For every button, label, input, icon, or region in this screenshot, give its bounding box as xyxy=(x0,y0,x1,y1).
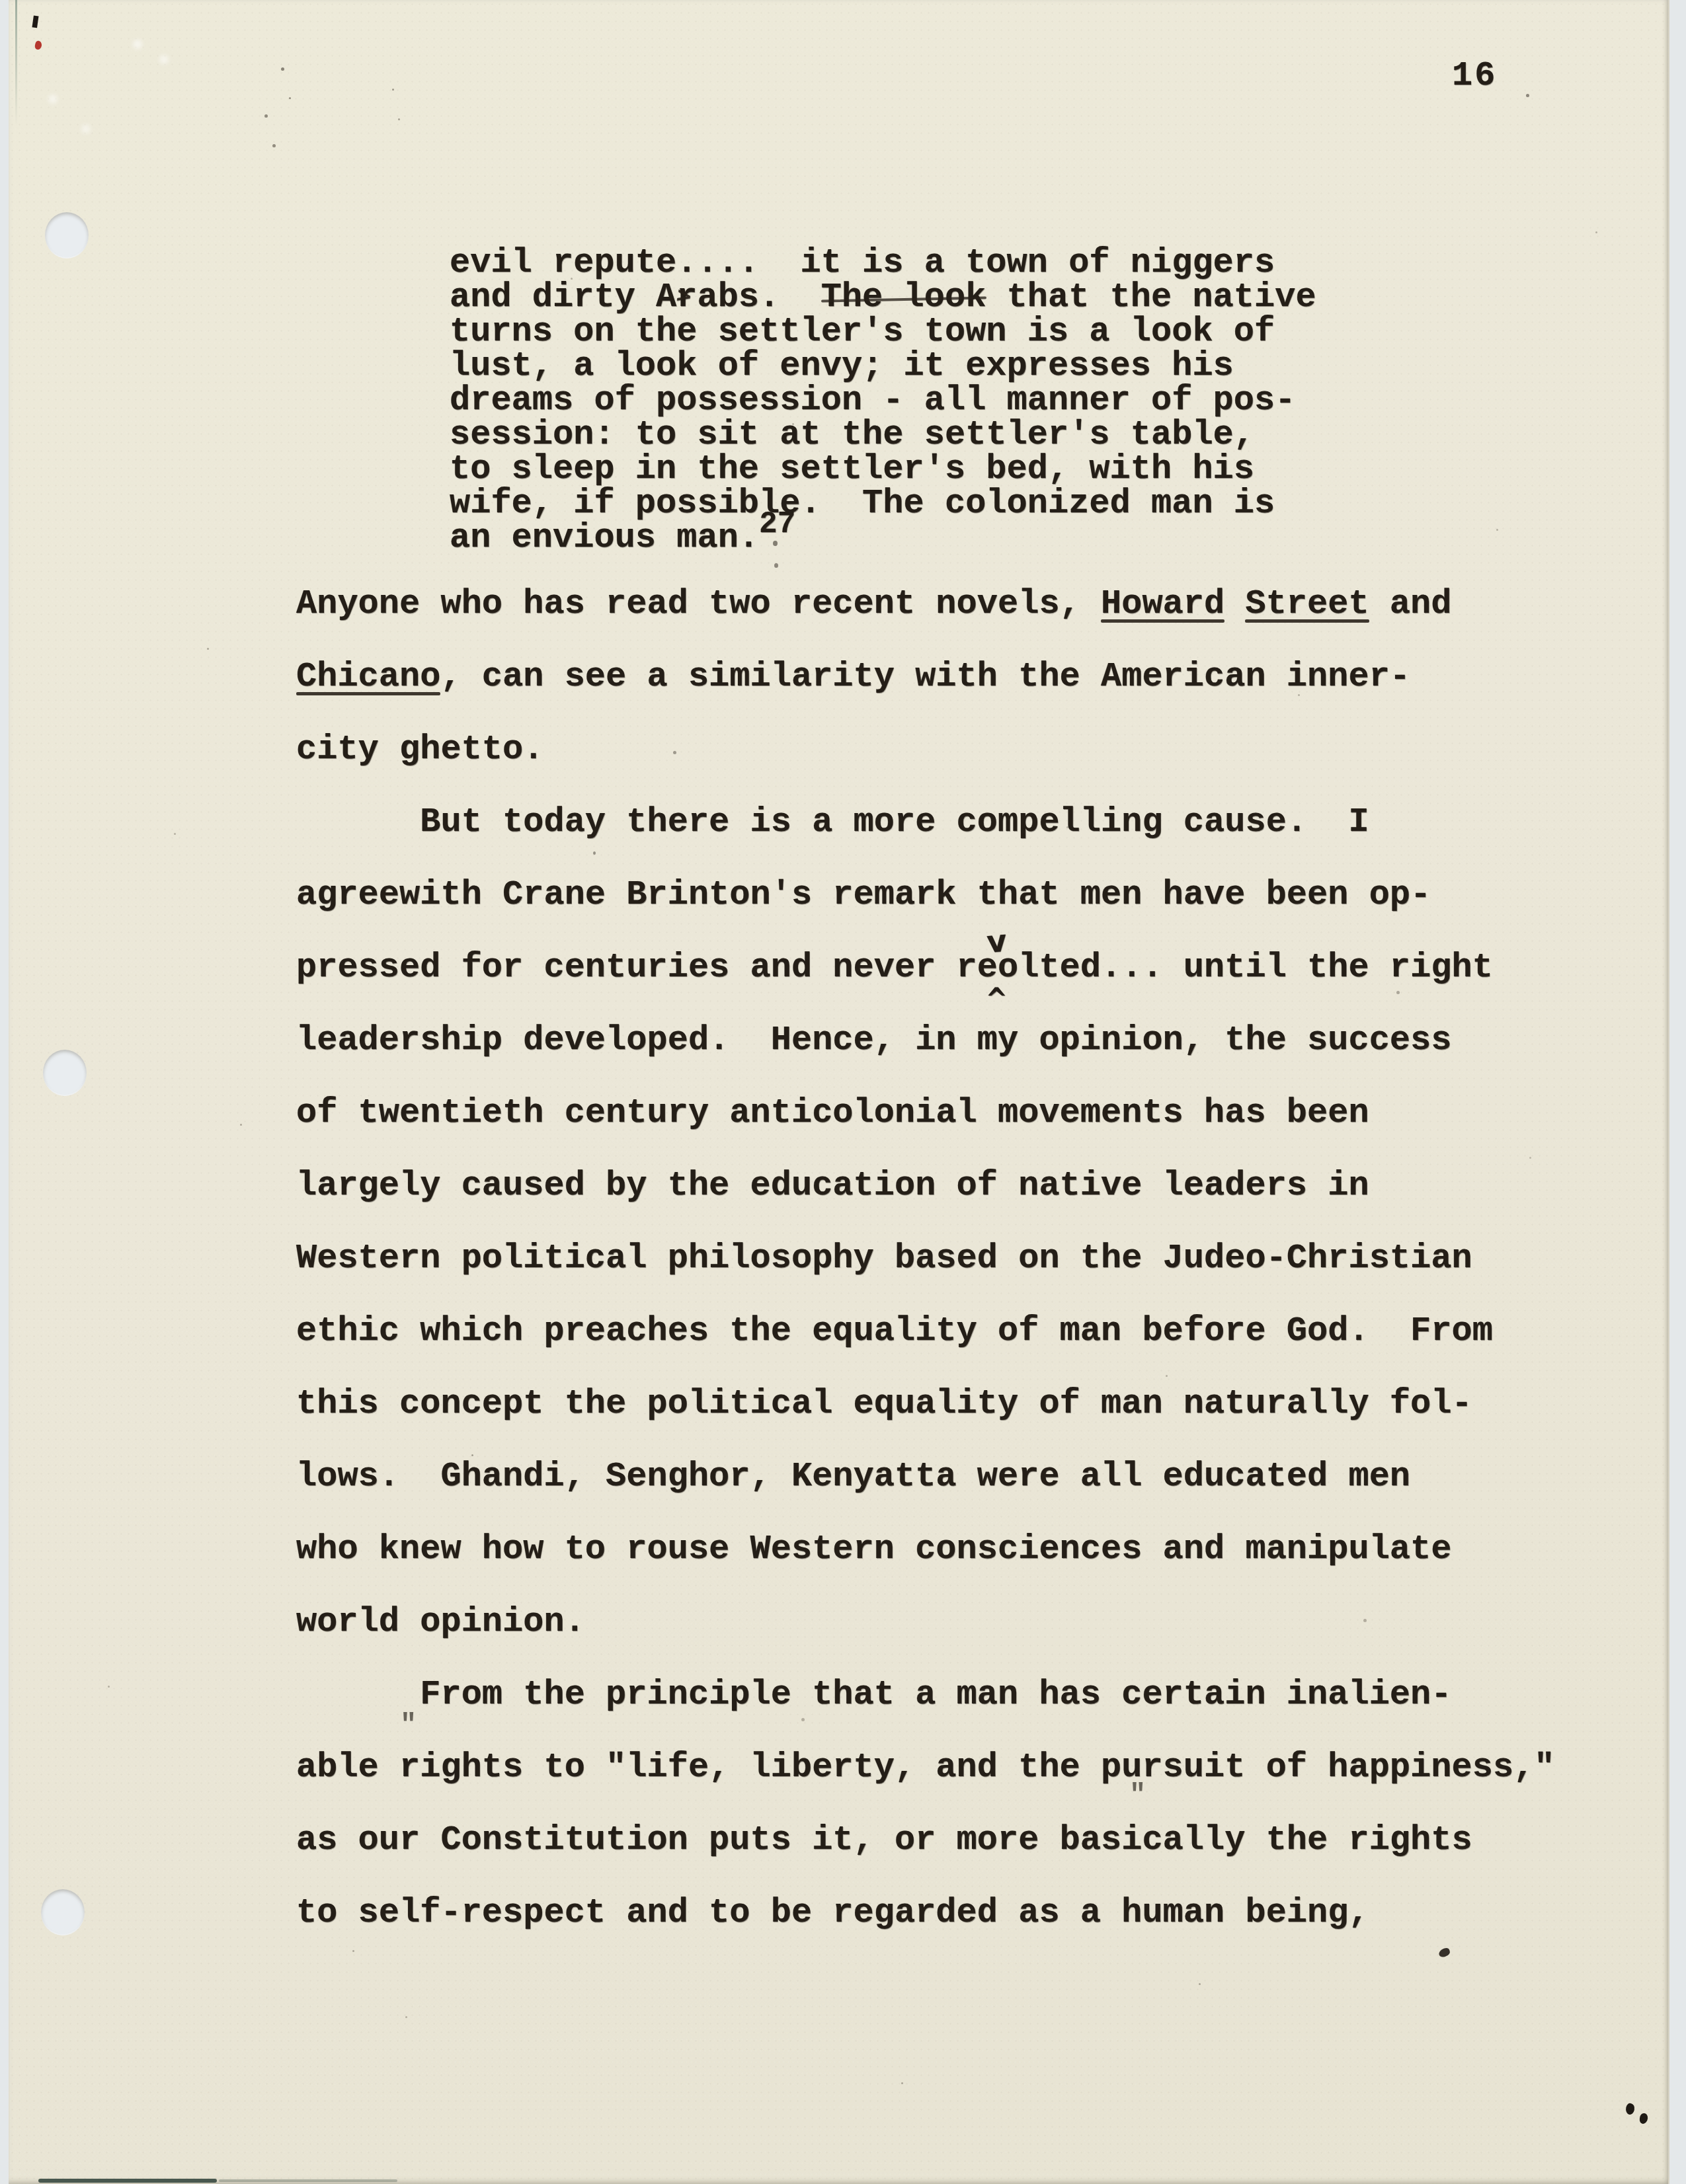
underline-mark xyxy=(296,692,440,695)
ink-speck xyxy=(1526,94,1529,97)
quote-line: evil repute.... it is a town of niggers xyxy=(450,246,1316,280)
scan-edge-artifact xyxy=(15,0,17,126)
typed-line: world opinion. xyxy=(296,1586,1555,1658)
typed-text: as our Constitution puts it, or more bas… xyxy=(296,1820,1472,1859)
typed-text: Anyone who has read two recent novels, H… xyxy=(296,584,1451,623)
typed-text: Chicano, can see a similarity with the A… xyxy=(296,657,1410,696)
quote-line: turns on the settler's town is a look of xyxy=(450,315,1316,349)
pen-arrow-mark: > xyxy=(674,283,692,308)
ink-mark-top-left: ' xyxy=(24,6,44,59)
quote-line: dreams of possession - all manner of pos… xyxy=(450,383,1316,418)
typed-text: wife, if possible. The colonized man is xyxy=(450,484,1275,523)
paper-specks xyxy=(9,0,11,2)
typed-text: Western political philosophy based on th… xyxy=(296,1239,1472,1278)
quote-line: wife, if possible. The colonized man is xyxy=(450,487,1316,521)
typed-text: world opinion. xyxy=(296,1602,585,1641)
typed-text: able rights to "life, liberty, and the p… xyxy=(296,1748,1555,1787)
typed-text: But today there is a more compelling cau… xyxy=(296,802,1369,841)
block-quote: evil repute.... it is a town of niggersa… xyxy=(450,246,1316,556)
stray-quote-mark: " xyxy=(400,1709,417,1741)
quote-line: and dirty Arabs. The look that the nativ… xyxy=(450,280,1316,315)
underline-mark xyxy=(1101,619,1224,623)
stray-quote-mark: " xyxy=(1129,1779,1146,1811)
quote-line: to sleep in the settler's bed, with his xyxy=(450,452,1316,487)
paper-sheet: 16 evil repute.... it is a town of nigge… xyxy=(9,0,1669,2184)
typed-text: of twentieth century anticolonial moveme… xyxy=(296,1093,1369,1132)
punch-hole-top xyxy=(45,212,89,258)
typed-text: turns on the settler's town is a look of xyxy=(450,312,1275,351)
footnote-number: 27 xyxy=(759,507,795,541)
typed-text: largely caused by the education of nativ… xyxy=(296,1166,1369,1205)
scan-edge-line xyxy=(219,2179,397,2182)
typed-text: dreams of possession - all manner of pos… xyxy=(450,381,1295,420)
typed-line: lows. Ghandi, Senghor, Kenyatta were all… xyxy=(296,1440,1555,1513)
typed-line: leadership developed. Hence, in my opini… xyxy=(296,1004,1555,1077)
typed-text: and dirty Arabs. The look that the nativ… xyxy=(450,278,1316,317)
ink-mark-bottom-right xyxy=(1625,2103,1635,2115)
typed-text: lust, a look of envy; it expresses his xyxy=(450,346,1234,385)
typed-line: to self-respect and to be regarded as a … xyxy=(296,1877,1555,1949)
scanned-typescript-page: { "page_number": "16", "colors": { "pape… xyxy=(0,0,1686,2184)
typed-line: Chicano, can see a similarity with the A… xyxy=(296,641,1555,713)
typed-text: to sleep in the settler's bed, with his xyxy=(450,449,1254,488)
typed-line: largely caused by the education of nativ… xyxy=(296,1150,1555,1222)
typed-line: pressed for centuries and never reolted.… xyxy=(296,931,1555,1004)
scan-edge-line xyxy=(38,2179,217,2183)
typed-line: this concept the political equality of m… xyxy=(296,1368,1555,1440)
quote-line: session: to sit at the settler's table, xyxy=(450,418,1316,452)
ink-speck xyxy=(773,541,778,546)
typed-text: From the principle that a man has certai… xyxy=(296,1675,1451,1714)
typed-line: From the principle that a man has certai… xyxy=(296,1658,1555,1731)
red-ink-fleck xyxy=(34,40,42,50)
typed-line: ethic which preaches the equality of man… xyxy=(296,1295,1555,1368)
typed-line: of twentieth century anticolonial moveme… xyxy=(296,1077,1555,1150)
underline-mark xyxy=(1245,619,1369,623)
typed-line: who knew how to rouse Western conscience… xyxy=(296,1513,1555,1586)
quote-line: an envious man.27 xyxy=(450,521,1316,556)
typed-text: to self-respect and to be regarded as a … xyxy=(296,1893,1369,1932)
typed-line: as our Constitution puts it, or more bas… xyxy=(296,1804,1555,1877)
typed-text: this concept the political equality of m… xyxy=(296,1384,1472,1423)
body-text: Anyone who has read two recent novels, H… xyxy=(296,568,1555,1949)
typed-text: evil repute.... it is a town of niggers xyxy=(450,243,1275,282)
ink-speck xyxy=(673,751,676,754)
typed-line: agreewith Crane Brinton's remark that me… xyxy=(296,859,1555,931)
typed-text: ethic which preaches the equality of man… xyxy=(296,1311,1493,1350)
typed-text: agreewith Crane Brinton's remark that me… xyxy=(296,875,1431,914)
typed-text: session: to sit at the settler's table, xyxy=(450,415,1254,454)
ink-mark-bottom-right xyxy=(1639,2113,1648,2124)
typed-text: leadership developed. Hence, in my opini… xyxy=(296,1021,1451,1060)
typed-text: who knew how to rouse Western conscience… xyxy=(296,1530,1451,1569)
page-number: 16 xyxy=(1452,59,1497,93)
punch-hole-middle xyxy=(43,1050,87,1096)
typed-text: an envious man. xyxy=(450,518,759,557)
punch-hole-bottom xyxy=(41,1889,85,1935)
quote-line: lust, a look of envy; it expresses his xyxy=(450,349,1316,383)
typed-line: able rights to "life, liberty, and the p… xyxy=(296,1731,1555,1804)
handwritten-v: v xyxy=(985,923,1008,960)
ink-speck xyxy=(588,834,591,838)
typed-text: lows. Ghandi, Senghor, Kenyatta were all… xyxy=(296,1457,1410,1496)
typed-line: Anyone who has read two recent novels, H… xyxy=(296,568,1555,641)
typed-line: city ghetto. xyxy=(296,713,1555,786)
typed-line: But today there is a more compelling cau… xyxy=(296,786,1555,859)
typed-text: city ghetto. xyxy=(296,730,543,769)
ink-speck xyxy=(593,851,596,855)
ink-speck xyxy=(774,563,778,568)
typed-text: pressed for centuries and never reolted.… xyxy=(296,948,1493,987)
typed-line: Western political philosophy based on th… xyxy=(296,1222,1555,1295)
